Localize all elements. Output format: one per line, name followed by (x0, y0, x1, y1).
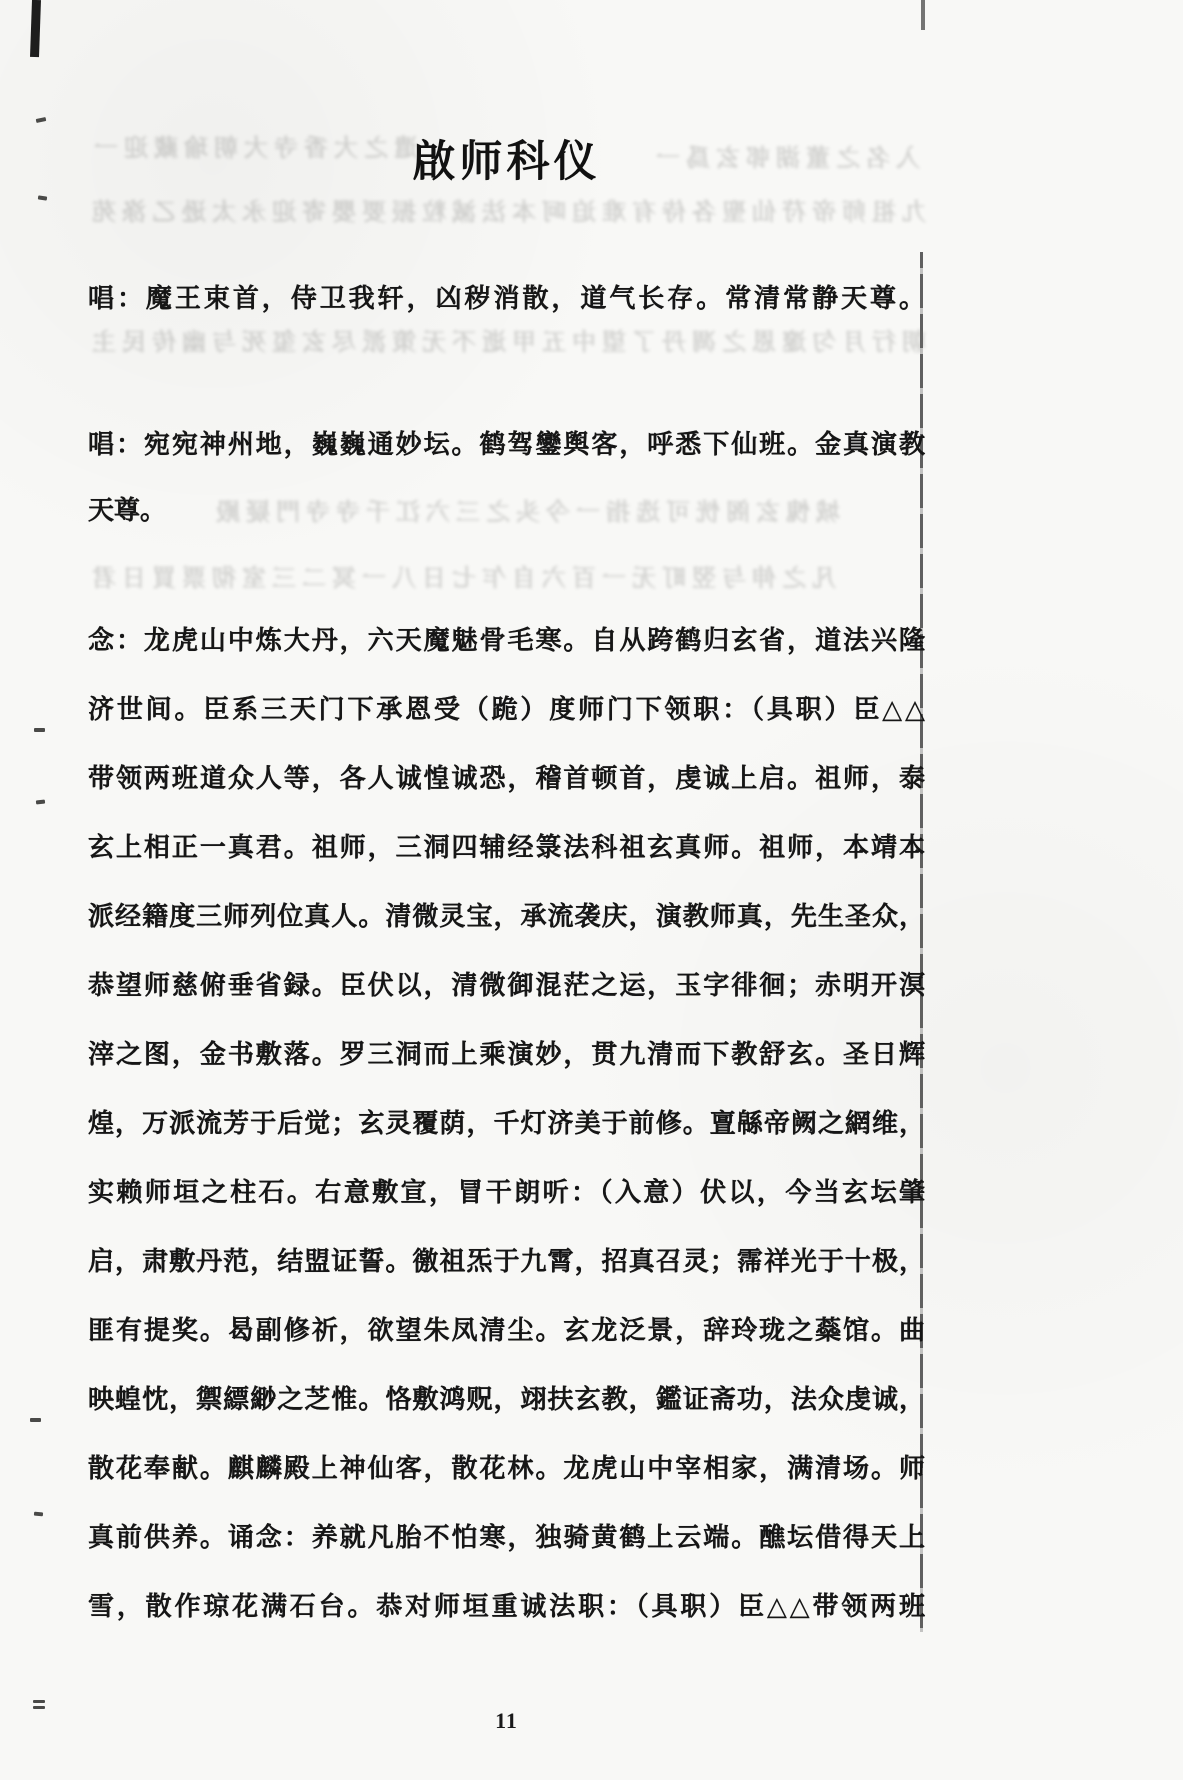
document-body: 唱：魔王束首，侍卫我轩，凶秽消散，道气长存。常清常静天尊。唱：宛宛神州地，巍巍通… (0, 0, 1183, 1780)
paragraph-chant: 唱：魔王束首，侍卫我轩，凶秽消散，道气长存。常清常静天尊。 (88, 280, 925, 324)
text-line: 派经籍度三师列位真人。清微灵宝，承流袭庆，演教师真，先生圣众， (88, 898, 925, 967)
text-line: 雪，散作琼花满石台。恭对师垣重诚法职：（具职）臣△△带领两班 (88, 1588, 925, 1657)
page-number: 11 (88, 1708, 925, 1734)
text-line: 映蝗忱，禦縹緲之芝惟。恪敷鸿贶，翊扶玄教，鑑证斋功，法众虔诚， (88, 1381, 925, 1450)
text-line: 唱：宛宛神州地，巍巍通妙坛。鹤驾鑾舆客，呼悉下仙班。金真演教 (88, 426, 925, 492)
text-line: 散花奉献。麒麟殿上神仙客，散花林。龙虎山中宰相家，满清场。师 (88, 1450, 925, 1519)
text-line: 匪有提奖。曷副修祈，欲望朱凤清尘。玄龙泛景，辞玲珑之蘂馆。曲 (88, 1312, 925, 1381)
text-line: 带领两班道众人等，各人诚惶诚恐，稽首顿首，虔诚上启。祖师，泰 (88, 760, 925, 829)
text-line: 启，肃敷丹范，结盟证誓。徼祖炁于九霄，招真召灵；霈祥光于十极， (88, 1243, 925, 1312)
text-line: 滓之图，金书敷落。罗三洞而上乘演妙，贯九清而下教舒玄。圣日辉 (88, 1036, 925, 1105)
text-line: 恭望师慈俯垂省録。臣伏以，清微御混茫之运，玉字徘徊；赤明开溟 (88, 967, 925, 1036)
text-line: 唱：魔王束首，侍卫我轩，凶秽消散，道气长存。常清常静天尊。 (88, 280, 925, 324)
text-line: 念：龙虎山中炼大丹，六天魔魅骨毛寒。自从跨鹤归玄省，道法兴隆 (88, 622, 925, 691)
text-line: 煌，万派流芳于后觉；玄灵覆荫，千灯济美于前修。亶緜帝阙之網维， (88, 1105, 925, 1174)
text-line: 真前供养。诵念：养就凡胎不怕寒，独骑黄鹤上云端。醮坛借得天上 (88, 1519, 925, 1588)
paragraph-recitation: 念：龙虎山中炼大丹，六天魔魅骨毛寒。自从跨鹤归玄省，道法兴隆济世间。臣系三天门下… (88, 622, 925, 1657)
text-line: 实赖师垣之柱石。右意敷宣，冒干朗听：（入意）伏以，今当玄坛肇 (88, 1174, 925, 1243)
text-line: 玄上相正一真君。祖师，三洞四辅经箓法科祖玄真师。祖师，本靖本 (88, 829, 925, 898)
text-line: 济世间。臣系三天门下承恩受（跪）度师门下领职：（具职）臣△△ (88, 691, 925, 760)
document-page: 啟师科仪 唱：魔王束首，侍卫我轩，凶秽消散，道气长存。常清常静天尊。唱：宛宛神州… (0, 0, 1183, 1780)
text-line: 天尊。 (88, 492, 925, 558)
paragraph-chant: 唱：宛宛神州地，巍巍通妙坛。鹤驾鑾舆客，呼悉下仙班。金真演教天尊。 (88, 426, 925, 558)
